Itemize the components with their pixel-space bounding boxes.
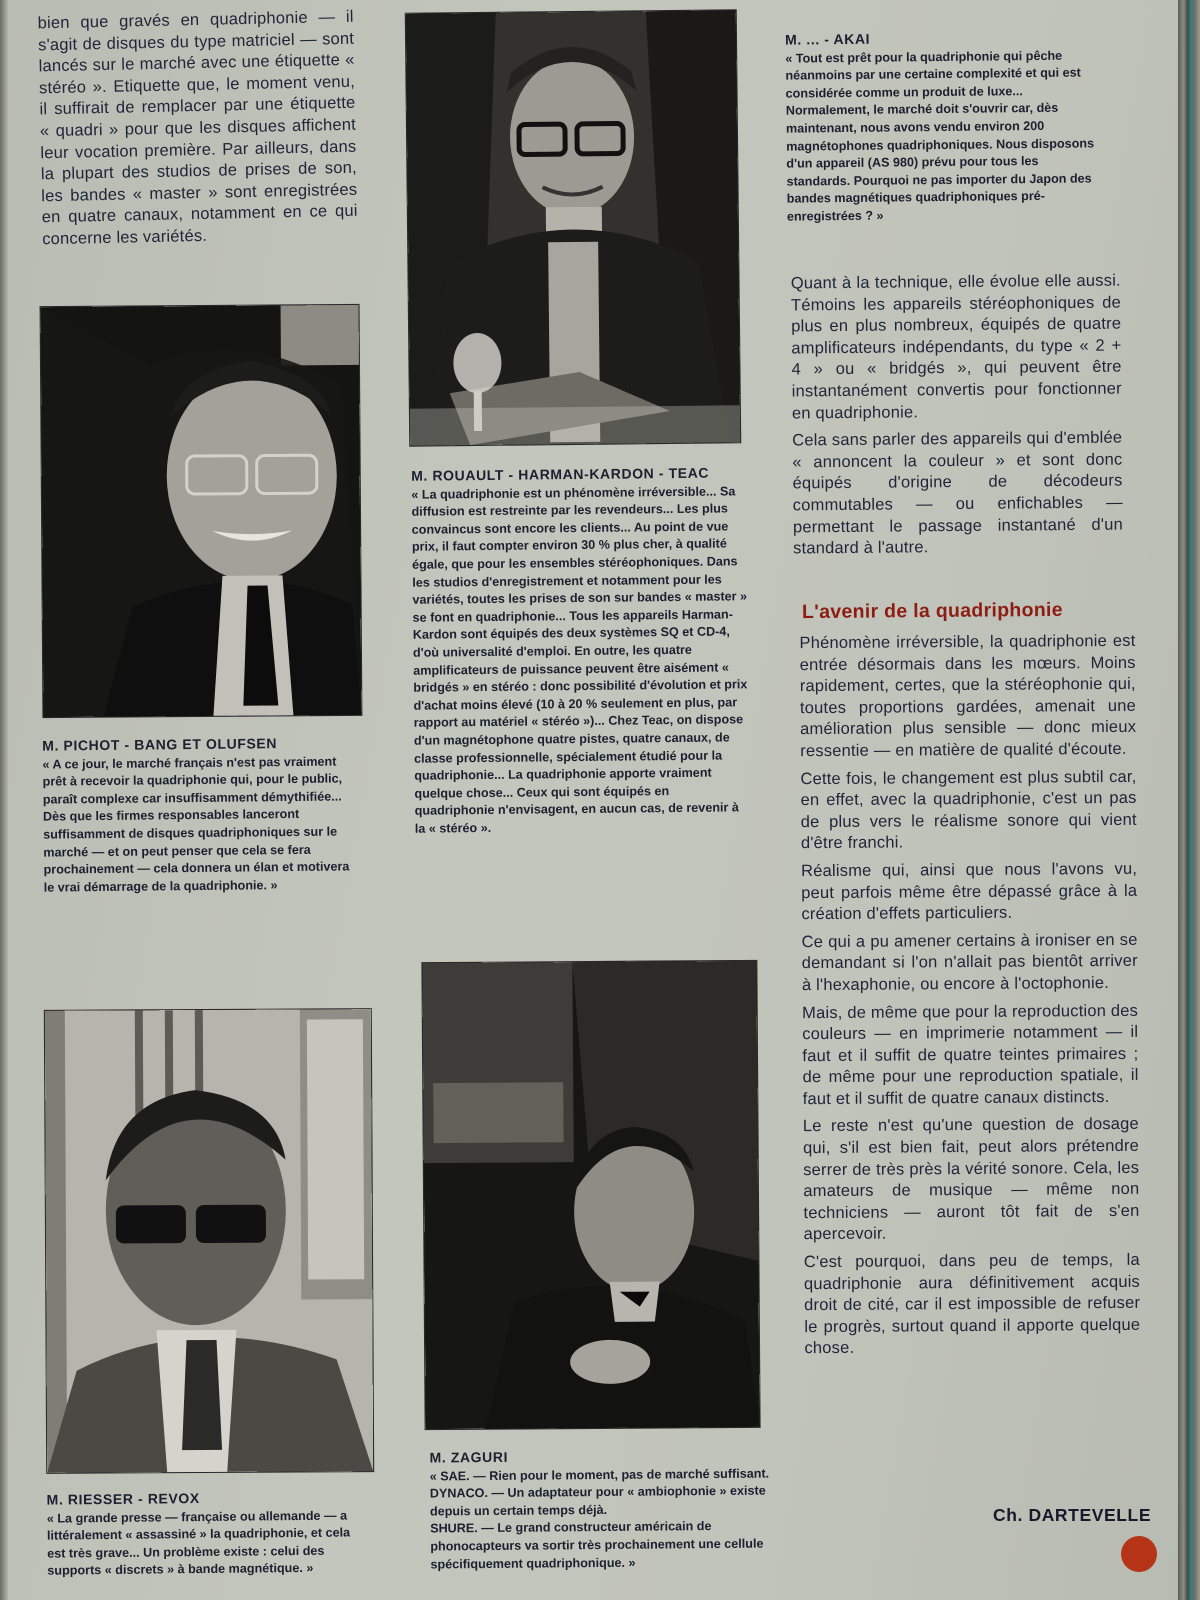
page-left-edge: [0, 0, 8, 1600]
author-signature: Ch. DARTEVELLE: [993, 1505, 1151, 1526]
photo-pichot: [41, 305, 362, 717]
paragraph: Quant à la technique, elle évolue elle a…: [791, 271, 1122, 425]
interview-line: SHURE. — Le grand constructeur américain…: [430, 1518, 774, 1574]
intro-paragraph: bien que gravés en quadriphonie — il s'a…: [37, 7, 358, 257]
interviewee-name: M. PICHOT - BANG ET OLUFSEN: [42, 734, 352, 755]
photo-man-with-wine-glass: [406, 10, 741, 445]
photo-zaguri: [422, 961, 759, 1429]
portrait-image: [406, 10, 741, 445]
caption-pichot: M. PICHOT - BANG ET OLUFSEN « A ce jour,…: [42, 734, 354, 897]
portrait-image: [422, 961, 759, 1429]
magazine-page: bien que gravés en quadriphonie — il s'a…: [0, 0, 1178, 1600]
interviewee-name: M. ZAGURI: [429, 1447, 773, 1468]
magazine-spine-edge: [1178, 0, 1200, 1600]
caption-rouault: M. ROUAULT - HARMAN-KARDON - TEAC « La q…: [411, 464, 751, 838]
interview-quote: « La grande presse — française ou allema…: [47, 1507, 364, 1581]
interview-line: DYNACO. — Un adaptateur pour « ambiophon…: [430, 1483, 774, 1521]
paragraph: Mais, de même que pour la reproduction d…: [802, 1000, 1139, 1110]
portrait-image: [45, 1009, 373, 1473]
intro-text: bien que gravés en quadriphonie — il s'a…: [37, 7, 358, 251]
paragraph: Ce qui a pu amener certains à ironiser e…: [802, 930, 1138, 997]
photo-riesser: [45, 1009, 373, 1473]
paragraph: Réalisme qui, ainsi que nous l'avons vu,…: [801, 859, 1137, 926]
interview-quote: « Tout est prêt pour la quadriphonie qui…: [785, 47, 1099, 226]
paragraph: C'est pourquoi, dans peu de temps, la qu…: [804, 1250, 1141, 1360]
interviewee-name: M. RIESSER - REVOX: [47, 1488, 363, 1509]
paragraph: Cela sans parler des appareils qui d'emb…: [792, 428, 1123, 560]
paragraph: Le reste n'est qu'une question de dosage…: [803, 1114, 1140, 1246]
caption-zaguri: M. ZAGURI « SAE. — Rien pour le moment, …: [429, 1447, 774, 1574]
caption-akai: M. ... - AKAI « Tout est prêt pour la qu…: [785, 28, 1099, 226]
interviewee-name: M. ... - AKAI: [785, 28, 1097, 49]
portrait-image: [41, 305, 362, 717]
interview-quote: « A ce jour, le marché français n'est pa…: [42, 753, 353, 897]
right-column-upper: Quant à la technique, elle évolue elle a…: [791, 271, 1124, 567]
paragraph: Cette fois, le changement est plus subti…: [800, 766, 1137, 855]
paragraph: Phénomène irréversible, la quadriphonie …: [799, 631, 1136, 763]
right-column-lower: Phénomène irréversible, la quadriphonie …: [799, 631, 1140, 1366]
interview-quote: « La quadriphonie est un phénomène irrév…: [411, 483, 751, 838]
interviewee-name: M. ROUAULT - HARMAN-KARDON - TEAC: [411, 464, 747, 485]
section-heading: L'avenir de la quadriphonie: [802, 599, 1063, 624]
caption-riesser: M. RIESSER - REVOX « La grande presse — …: [47, 1488, 364, 1580]
end-of-article-marker: [1121, 1536, 1157, 1572]
